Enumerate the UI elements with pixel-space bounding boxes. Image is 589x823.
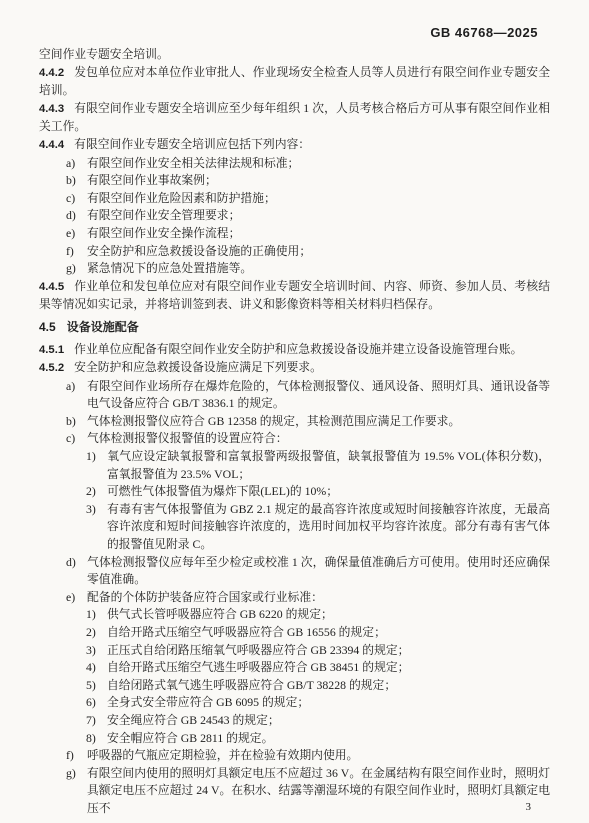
document-page: GB 46768—2025 空间作业专题安全培训。 4.4.2发包单位应对本单位…	[0, 0, 589, 823]
clause-4-4-5: 4.4.5作业单位和发包单位应对有限空间作业专题安全培训时间、内容、师资、参加人…	[39, 278, 550, 314]
sub-item-text: 可燃性气体报警值为爆炸下限(LEL)的 10%；	[107, 484, 338, 498]
list-item-e: e)配备的个体防护装备应符合国家或行业标准：	[39, 589, 550, 607]
sub-item-text: 自给开路式压缩空气逃生呼吸器应符合 GB 38451 的规定；	[107, 660, 409, 674]
clause-text: 发包单位应对本单位作业审批人、作业现场安全检查人员等人员进行有限空间作业专题安全…	[39, 65, 550, 98]
list-item-label: b)	[66, 413, 87, 431]
list-item-label: f)	[66, 243, 87, 261]
list-item-label: a)	[66, 155, 87, 173]
list-item-text: 呼吸器的气瓶应定期检验，并在检验有效期内使用。	[87, 748, 358, 762]
list-item-text: 有限空间作业场所存在爆炸危险的，气体检测报警仪、通风设备、照明灯具、通讯设备等电…	[87, 379, 550, 411]
sub-item-7: 7)安全绳应符合 GB 24543 的规定；	[39, 712, 550, 730]
sub-item-2: 2)可燃性气体报警值为爆炸下限(LEL)的 10%；	[39, 483, 550, 501]
sub-item-label: 8)	[86, 730, 107, 748]
sub-item-text: 全身式安全带应符合 GB 6095 的规定；	[107, 695, 309, 709]
clause-4-5-2: 4.5.2安全防护和应急救援设备设施应满足下列要求。	[39, 359, 550, 378]
sub-item-label: 2)	[86, 483, 107, 501]
list-item-d: d)有限空间作业安全管理要求；	[39, 207, 550, 225]
list-item-label: f)	[66, 747, 87, 765]
section-number: 4.5	[39, 320, 56, 334]
list-item-label: g)	[66, 260, 87, 278]
sub-item-label: 3)	[86, 501, 107, 519]
sub-item-text: 自给开路式压缩空气呼吸器应符合 GB 16556 的规定；	[107, 625, 386, 639]
list-item-g: g)紧急情况下的应急处置措施等。	[39, 260, 550, 278]
sub-item-label: 1)	[86, 606, 107, 624]
list-item-text: 有限空间作业安全管理要求；	[87, 208, 240, 222]
paragraph-continuation: 空间作业专题安全培训。	[39, 46, 550, 64]
list-item-text: 气体检测报警仪应符合 GB 12358 的规定，其检测范围应满足工作要求。	[87, 414, 460, 428]
sub-item-3: 3)正压式自给闭路压缩氧气呼吸器应符合 GB 23394 的规定；	[39, 642, 550, 660]
list-item-a: a)有限空间作业安全相关法律法规和标准；	[39, 155, 550, 173]
clause-number: 4.5.2	[39, 362, 64, 374]
clause-text: 作业单位应配备有限空间作业安全防护和应急救援设备设施并建立设备设施管理台账。	[74, 342, 522, 356]
sub-item-8: 8)安全帽应符合 GB 2811 的规定。	[39, 730, 550, 748]
sub-item-text: 安全绳应符合 GB 24543 的规定；	[107, 713, 280, 727]
list-item-label: b)	[66, 172, 87, 190]
list-item-text: 有限空间作业事故案例；	[87, 173, 217, 187]
clause-number: 4.4.2	[39, 67, 64, 79]
list-item-label: c)	[66, 430, 87, 448]
sub-item-5: 5)自给闭路式氧气逃生呼吸器应符合 GB/T 38228 的规定；	[39, 677, 550, 695]
sub-item-label: 4)	[86, 659, 107, 677]
sub-item-text: 安全帽应符合 GB 2811 的规定。	[107, 731, 273, 745]
page-number: 3	[526, 799, 532, 817]
list-item-label: g)	[66, 765, 87, 783]
sub-item-6: 6)全身式安全带应符合 GB 6095 的规定；	[39, 694, 550, 712]
sub-item-text: 氧气应设定缺氧报警和富氧报警两级报警值，缺氧报警值为 19.5% VOL(体积分…	[107, 449, 550, 481]
page-header: GB 46768—2025	[430, 24, 538, 42]
clause-text: 作业单位和发包单位应对有限空间作业专题安全培训时间、内容、师资、参加人员、考核结…	[39, 279, 550, 312]
list-item-text: 气体检测报警仪应每年至少检定或校准 1 次，确保量值准确后方可使用。使用时还应确…	[87, 555, 550, 587]
sub-item-text: 自给闭路式氧气逃生呼吸器应符合 GB/T 38228 的规定；	[107, 678, 396, 692]
clause-number: 4.4.3	[39, 103, 64, 115]
sub-item-text: 供气式长管呼吸器应符合 GB 6220 的规定；	[107, 607, 333, 621]
clause-number: 4.4.4	[39, 139, 64, 151]
clause-4-4-2: 4.4.2发包单位应对本单位作业审批人、作业现场安全检查人员等人员进行有限空间作…	[39, 64, 550, 100]
clause-4-4-4: 4.4.4有限空间作业专题安全培训应包括下列内容：	[39, 136, 550, 155]
section-heading-4-5: 4.5设备设施配备	[39, 319, 550, 337]
sub-item-2: 2)自给开路式压缩空气呼吸器应符合 GB 16556 的规定；	[39, 624, 550, 642]
list-item-f: f)安全防护和应急救援设备设施的正确使用；	[39, 243, 550, 261]
sub-item-label: 6)	[86, 694, 107, 712]
list-item-text: 紧急情况下的应急处置措施等。	[87, 261, 252, 275]
list-item-f: f)呼吸器的气瓶应定期检验，并在检验有效期内使用。	[39, 747, 550, 765]
list-item-text: 安全防护和应急救援设备设施的正确使用；	[87, 244, 311, 258]
clause-number: 4.4.5	[39, 281, 64, 293]
list-item-b: b)有限空间作业事故案例；	[39, 172, 550, 190]
list-item-label: a)	[66, 378, 87, 396]
sub-item-label: 7)	[86, 712, 107, 730]
list-item-text: 有限空间内使用的照明灯具额定电压不应超过 36 V。在金属结构有限空间作业时，照…	[87, 766, 550, 815]
list-item-label: d)	[66, 207, 87, 225]
list-item-c: c)有限空间作业危险因素和防护措施；	[39, 190, 550, 208]
sub-item-label: 5)	[86, 677, 107, 695]
sub-item-1: 1)供气式长管呼吸器应符合 GB 6220 的规定；	[39, 606, 550, 624]
clause-4-5-1: 4.5.1作业单位应配备有限空间作业安全防护和应急救援设备设施并建立设备设施管理…	[39, 341, 550, 360]
clause-text: 有限空间作业专题安全培训应包括下列内容：	[74, 137, 310, 151]
list-item-e: e)有限空间作业安全操作流程；	[39, 225, 550, 243]
section-title: 设备设施配备	[67, 320, 139, 334]
list-item-b: b)气体检测报警仪应符合 GB 12358 的规定，其检测范围应满足工作要求。	[39, 413, 550, 431]
clause-number: 4.5.1	[39, 344, 64, 356]
sub-item-text: 正压式自给闭路压缩氧气呼吸器应符合 GB 23394 的规定；	[107, 643, 409, 657]
sub-item-text: 有毒有害气体报警值为 GBZ 2.1 规定的最高容许浓度或短时间接触容许浓度，无…	[107, 502, 550, 551]
sub-item-1: 1)氧气应设定缺氧报警和富氧报警两级报警值，缺氧报警值为 19.5% VOL(体…	[39, 448, 550, 483]
list-item-a: a)有限空间作业场所存在爆炸危险的，气体检测报警仪、通风设备、照明灯具、通讯设备…	[39, 378, 550, 413]
list-item-label: e)	[66, 225, 87, 243]
clause-text: 有限空间作业专题安全培训应至少每年组织 1 次，人员考核合格后方可从事有限空间作…	[39, 101, 550, 134]
sub-item-label: 2)	[86, 624, 107, 642]
list-item-text: 有限空间作业安全相关法律法规和标准；	[87, 156, 299, 170]
sub-item-3: 3)有毒有害气体报警值为 GBZ 2.1 规定的最高容许浓度或短时间接触容许浓度…	[39, 501, 550, 554]
list-item-label: e)	[66, 589, 87, 607]
list-item-label: d)	[66, 554, 87, 572]
list-item-c: c)气体检测报警仪报警值的设置应符合：	[39, 430, 550, 448]
sub-item-4: 4)自给开路式压缩空气逃生呼吸器应符合 GB 38451 的规定；	[39, 659, 550, 677]
clause-text: 安全防护和应急救援设备设施应满足下列要求。	[74, 360, 322, 374]
list-item-g: g)有限空间内使用的照明灯具额定电压不应超过 36 V。在金属结构有限空间作业时…	[39, 765, 550, 818]
standard-number: GB 46768—2025	[430, 25, 538, 40]
list-item-text: 气体检测报警仪报警值的设置应符合：	[87, 431, 288, 445]
list-item-text: 配备的个体防护装备应符合国家或行业标准：	[87, 590, 323, 604]
list-item-text: 有限空间作业安全操作流程；	[87, 226, 240, 240]
sub-item-label: 3)	[86, 642, 107, 660]
clause-4-4-3: 4.4.3有限空间作业专题安全培训应至少每年组织 1 次，人员考核合格后方可从事…	[39, 100, 550, 136]
list-item-label: c)	[66, 190, 87, 208]
list-item-d: d)气体检测报警仪应每年至少检定或校准 1 次，确保量值准确后方可使用。使用时还…	[39, 554, 550, 589]
sub-item-label: 1)	[86, 448, 107, 466]
list-item-text: 有限空间作业危险因素和防护措施；	[87, 191, 276, 205]
page-body: 空间作业专题安全培训。 4.4.2发包单位应对本单位作业审批人、作业现场安全检查…	[0, 0, 589, 818]
